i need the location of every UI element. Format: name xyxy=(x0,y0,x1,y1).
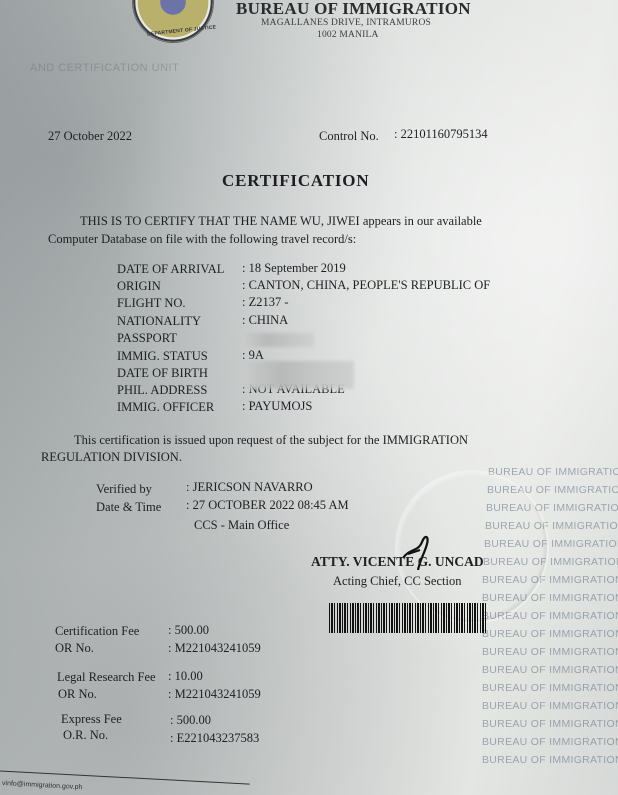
document-date: 27 October 2022 xyxy=(48,129,132,144)
record-value: : Z2137 - xyxy=(242,295,289,310)
purpose-line-2: REGULATION DIVISION. xyxy=(41,450,182,465)
verified-by-label: Verified by xyxy=(96,482,152,497)
record-value: : CHINA xyxy=(242,313,288,328)
record-label: IMMIG. OFFICER xyxy=(117,400,214,415)
intro-line-1: THIS IS TO CERTIFY THAT THE NAME WU, JIW… xyxy=(80,214,482,229)
record-value: : PAYUMOJS xyxy=(242,399,312,414)
doj-seal-icon xyxy=(133,0,213,42)
record-label: NATIONALITY xyxy=(117,314,201,329)
stamp-line: BUREAU OF IMMIGRATION xyxy=(482,682,618,694)
purpose-line-1: This certification is issued upon reques… xyxy=(74,433,468,448)
agency-address-line1: MAGALLANES DRIVE, INTRAMUROS xyxy=(261,18,431,28)
stamp-line: BUREAU OF IMMIGRATION xyxy=(482,754,618,766)
record-label: FLIGHT NO. xyxy=(117,296,186,311)
redacted-passport xyxy=(244,333,314,347)
fee-value: : 10.00 xyxy=(168,669,203,684)
footer-email: vinfo@immigration.gov.ph xyxy=(2,780,83,791)
record-label: PHIL. ADDRESS xyxy=(117,383,207,398)
fee-value: : 500.00 xyxy=(170,713,211,728)
fee-label: OR No. xyxy=(58,687,97,702)
stamp-line: BUREAU OF IMMIGRATION xyxy=(482,718,618,730)
faded-unit-watermark: AND CERTIFICATION UNIT xyxy=(30,62,179,74)
record-label: ORIGIN xyxy=(117,279,161,294)
stamp-line: BUREAU OF IMMIGRATION xyxy=(482,736,618,748)
datetime-label: Date & Time xyxy=(96,500,161,515)
stamp-line: BUREAU OF IMMIGRATION xyxy=(482,628,618,640)
signatory-name: ATTY. VICENTE G. UNCAD xyxy=(311,554,484,570)
stamp-line: BUREAU OF IMMIGRATION xyxy=(482,700,618,712)
redacted-date-of-birth xyxy=(244,361,354,389)
record-value: : CANTON, CHINA, PEOPLE'S REPUBLIC OF xyxy=(242,278,490,293)
fee-value: : E221043237583 xyxy=(170,731,259,746)
stamp-line: BUREAU OF IMMIGRATION xyxy=(488,466,618,478)
fee-label: Express Fee xyxy=(61,712,122,727)
verified-by-value: : JERICSON NAVARRO xyxy=(186,480,313,495)
fee-value: : M221043241059 xyxy=(168,687,261,702)
control-number-value: : 22101160795134 xyxy=(394,127,488,142)
agency-address-line2: 1002 MANILA xyxy=(317,30,379,40)
agency-name: BUREAU OF IMMIGRATION xyxy=(236,0,471,19)
record-value: : 18 September 2019 xyxy=(242,261,346,276)
record-label: PASSPORT xyxy=(117,331,177,346)
datetime-value: : 27 OCTOBER 2022 08:45 AM xyxy=(186,498,349,513)
signatory-title: Acting Chief, CC Section xyxy=(333,574,461,589)
fee-label: O.R. No. xyxy=(63,728,108,743)
intro-line-2: Computer Database on file with the follo… xyxy=(48,232,356,247)
record-label: DATE OF ARRIVAL xyxy=(117,262,224,277)
verification-office: CCS - Main Office xyxy=(194,518,289,533)
fee-label: Legal Research Fee xyxy=(57,670,156,685)
control-number-label: Control No. xyxy=(319,129,379,144)
fee-label: OR No. xyxy=(55,641,94,656)
stamp-line: BUREAU OF IMMIGRATION xyxy=(482,664,618,676)
record-label: DATE OF BIRTH xyxy=(117,366,208,381)
fee-value: : M221043241059 xyxy=(168,641,261,656)
record-label: IMMIG. STATUS xyxy=(117,349,208,364)
fee-label: Certification Fee xyxy=(55,624,139,639)
stamp-line: BUREAU OF IMMIGRATION xyxy=(482,646,618,658)
document-title: CERTIFICATION xyxy=(222,171,369,191)
fee-value: : 500.00 xyxy=(168,623,209,638)
barcode-icon xyxy=(329,603,486,633)
